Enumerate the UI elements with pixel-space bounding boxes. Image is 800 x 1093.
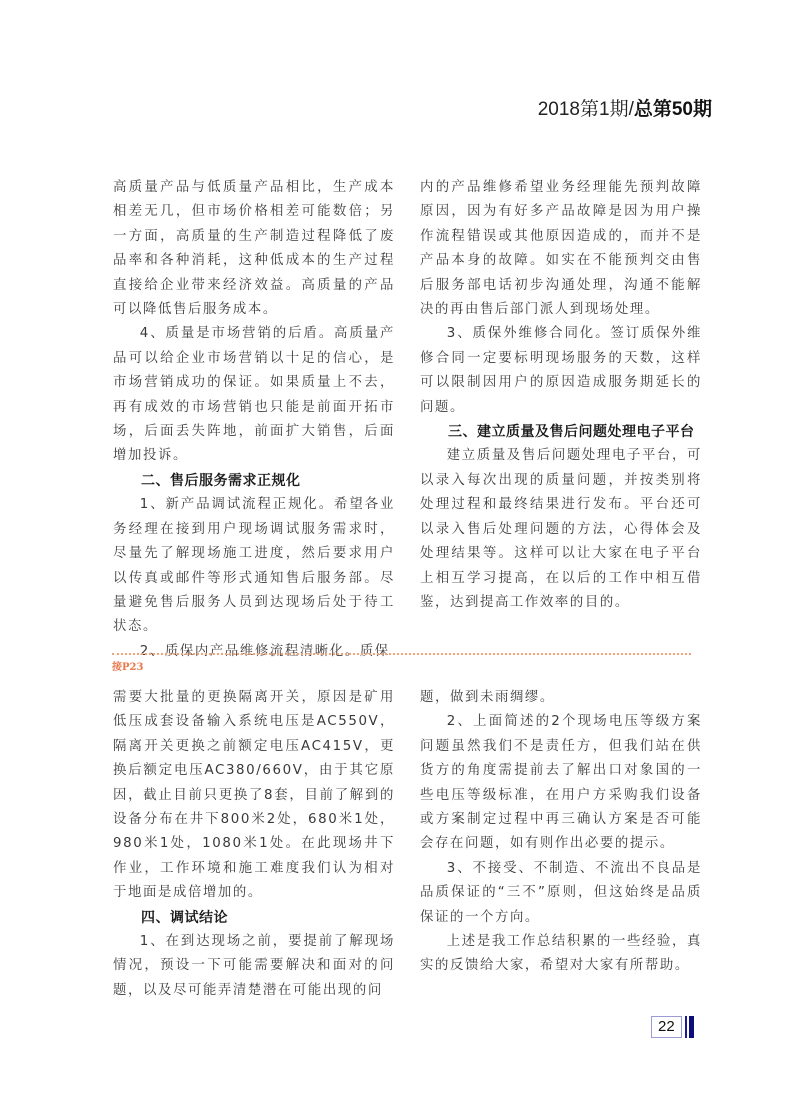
section-heading: 四、调试结论 bbox=[113, 906, 395, 930]
paragraph: 建立质量及售后问题处理电子平台，可以录入每次出现的质量问题，并按类别将处理过程和… bbox=[420, 444, 702, 615]
paragraph: 1、在到达现场之前，要提前了解现场情况，预设一下可能需要解决和面对的问题，以及尽… bbox=[113, 930, 395, 1003]
paragraph: 2、上面简述的2个现场电压等级方案问题虽然我们不是责任方，但我们站在供货方的角度… bbox=[420, 710, 702, 856]
dotted-divider bbox=[112, 653, 691, 655]
issue-number: 2018第1期/ bbox=[538, 99, 634, 120]
section-heading: 二、售后服务需求正规化 bbox=[113, 469, 395, 493]
paragraph: 高质量产品与低质量产品相比，生产成本相差无几，但市场价格相差可能数倍；另一方面，… bbox=[113, 176, 395, 322]
paragraph: 2、质保内产品维修流程清晰化。质保 bbox=[113, 640, 395, 664]
column-bottom-left: 需要大批量的更换隔离开关，原因是矿用低压成套设备输入系统电压是AC550V，隔离… bbox=[113, 686, 395, 1003]
page-bar-decoration bbox=[689, 1016, 694, 1038]
continuation-label: 接P23 bbox=[112, 658, 143, 673]
paragraph: 题，做到未雨绸缪。 bbox=[420, 686, 702, 710]
paragraph: 3、不接受、不制造、不流出不良品是品质保证的“三不”原则，但这始终是品质保证的一… bbox=[420, 857, 702, 930]
paragraph: 1、新产品调试流程正规化。希望各业务经理在接到用户现场调试服务需求时，尽量先了解… bbox=[113, 493, 395, 639]
paragraph: 3、质保外维修合同化。签订质保外维修合同一定要标明现场服务的天数，这样可以限制因… bbox=[420, 322, 702, 420]
paragraph: 4、质量是市场营销的后盾。高质量产品可以给企业市场营销以十足的信心，是市场营销成… bbox=[113, 322, 395, 468]
page-number-badge: 22 bbox=[651, 1016, 694, 1038]
page-bar-decoration bbox=[685, 1016, 687, 1038]
page-number: 22 bbox=[651, 1016, 682, 1038]
paragraph: 需要大批量的更换隔离开关，原因是矿用低压成套设备输入系统电压是AC550V，隔离… bbox=[113, 686, 395, 906]
column-top-right: 内的产品维修希望业务经理能先预判故障原因，因为有好多产品故障是因为用户操作流程错… bbox=[420, 176, 702, 615]
paragraph: 上述是我工作总结积累的一些经验，真实的反馈给大家，希望对大家有所帮助。 bbox=[420, 930, 702, 979]
section-heading: 三、建立质量及售后问题处理电子平台 bbox=[420, 420, 702, 444]
issue-header: 2018第1期/总第50期 bbox=[538, 94, 712, 121]
column-top-left: 高质量产品与低质量产品相比，生产成本相差无几，但市场价格相差可能数倍；另一方面，… bbox=[113, 176, 395, 664]
paragraph: 内的产品维修希望业务经理能先预判故障原因，因为有好多产品故障是因为用户操作流程错… bbox=[420, 176, 702, 322]
issue-total: 总第50期 bbox=[634, 99, 712, 120]
column-bottom-right: 题，做到未雨绸缪。 2、上面简述的2个现场电压等级方案问题虽然我们不是责任方，但… bbox=[420, 686, 702, 979]
